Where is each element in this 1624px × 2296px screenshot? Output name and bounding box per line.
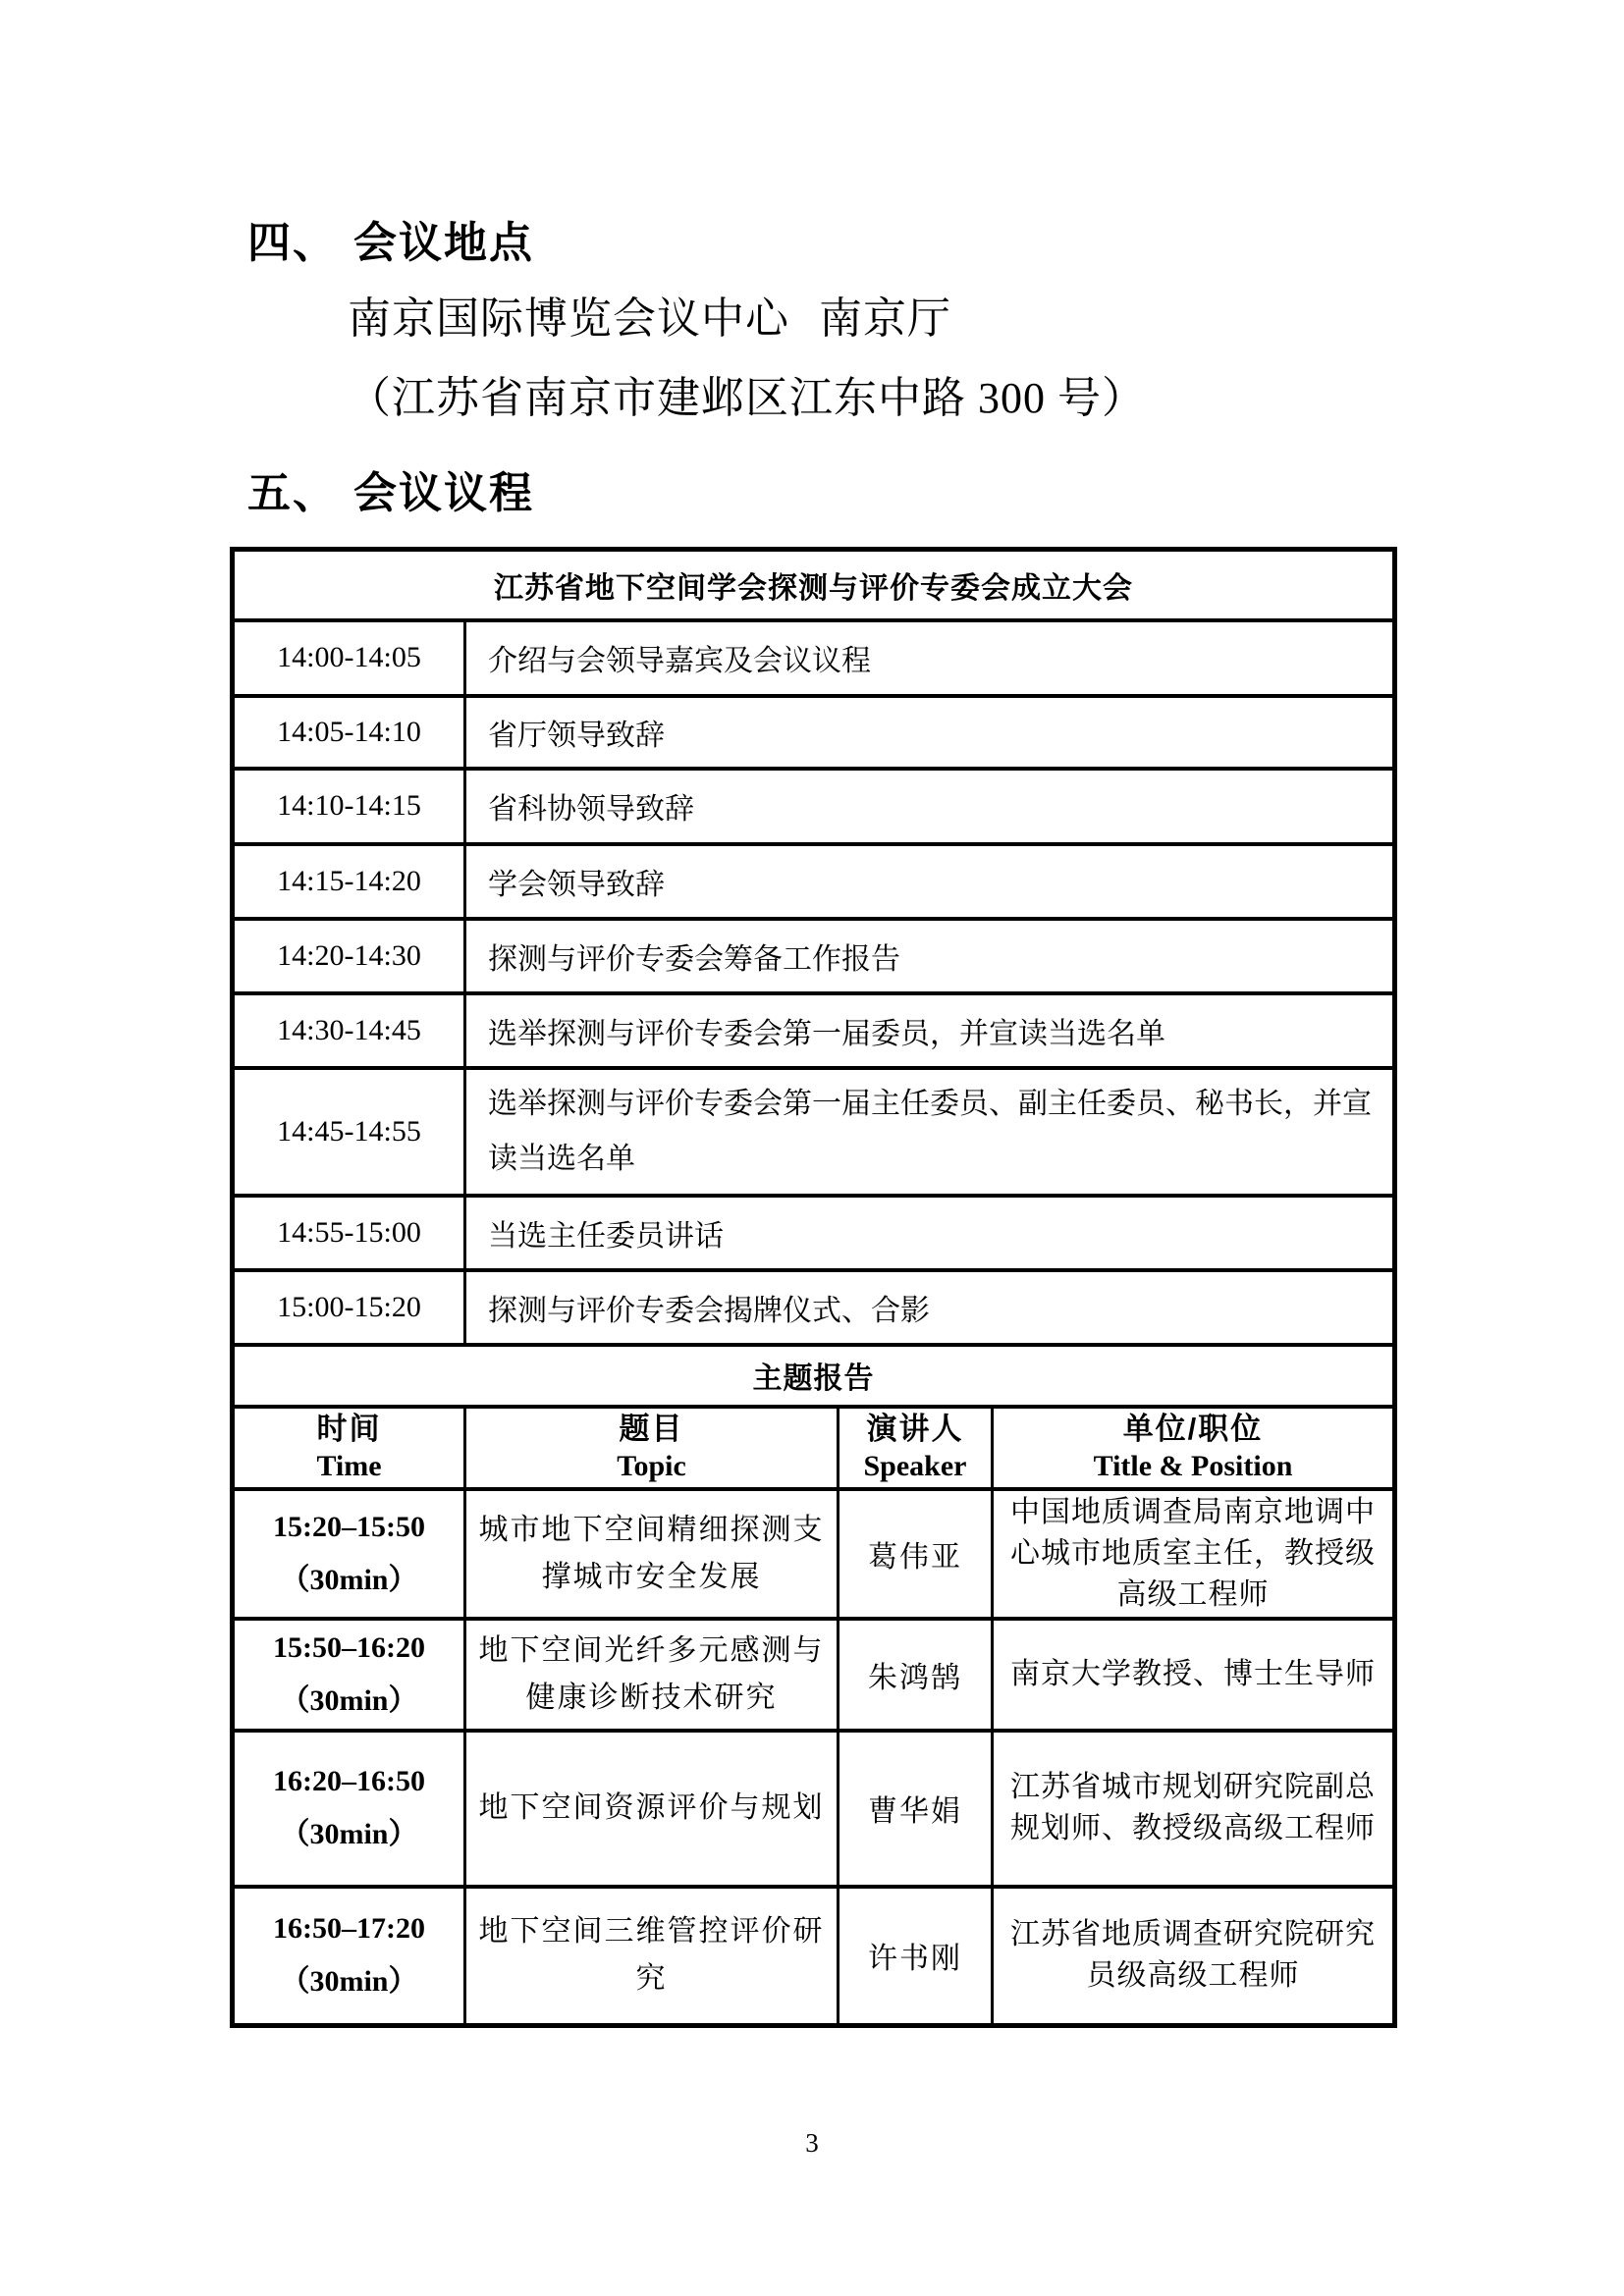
schedule-item-cell: 探测与评价专委会揭牌仪式、合影	[465, 1270, 1395, 1345]
subtitle-cell: 主题报告	[233, 1345, 1395, 1407]
talk-speaker-cell: 朱鸿鹄	[839, 1619, 993, 1731]
talk-position-cell: 中国地质调查局南京地调中心城市地质室主任，教授级高级工程师	[993, 1489, 1395, 1619]
section-agenda-number: 五、	[247, 469, 338, 517]
schedule-item-cell: 当选主任委员讲话	[465, 1196, 1395, 1270]
column-header-speaker-zh: 演讲人	[839, 1411, 991, 1448]
schedule-row: 14:00-14:05 介绍与会领导嘉宾及会议议程	[233, 620, 1395, 696]
talk-row: 16:50–17:20 （30min） 地下空间三维管控评价研究 许书刚 江苏省…	[233, 1887, 1395, 2026]
schedule-row: 14:05-14:10 省厅领导致辞	[233, 696, 1395, 769]
table-title-row: 江苏省地下空间学会探测与评价专委会成立大会	[233, 550, 1395, 620]
talk-duration: （30min）	[236, 1808, 462, 1861]
talk-position-cell: 江苏省地质调查研究院研究员级高级工程师	[993, 1887, 1395, 2026]
schedule-time-cell: 14:15-14:20	[233, 844, 465, 919]
schedule-time-cell: 14:20-14:30	[233, 919, 465, 993]
schedule-item-cell: 探测与评价专委会筹备工作报告	[465, 919, 1395, 993]
talk-row: 16:20–16:50 （30min） 地下空间资源评价与规划 曹华娟 江苏省城…	[233, 1731, 1395, 1887]
schedule-time-cell: 15:00-15:20	[233, 1270, 465, 1345]
schedule-item-cell: 省科协领导致辞	[465, 769, 1395, 844]
schedule-row: 14:55-15:00 当选主任委员讲话	[233, 1196, 1395, 1270]
talk-duration: （30min）	[236, 1955, 462, 2008]
schedule-time-cell: 14:55-15:00	[233, 1196, 465, 1270]
schedule-row: 14:10-14:15 省科协领导致辞	[233, 769, 1395, 844]
column-header-time-zh: 时间	[235, 1411, 463, 1448]
talk-topic-cell: 地下空间三维管控评价研究	[465, 1887, 839, 2026]
schedule-time-cell: 14:10-14:15	[233, 769, 465, 844]
schedule-row: 14:20-14:30 探测与评价专委会筹备工作报告	[233, 919, 1395, 993]
schedule-row: 14:45-14:55 选举探测与评价专委会第一届主任委员、副主任委员、秘书长，…	[233, 1068, 1395, 1196]
venue-line: 南京国际博览会议中心 南京厅	[348, 294, 951, 344]
table-title-cell: 江苏省地下空间学会探测与评价专委会成立大会	[233, 550, 1395, 620]
talk-time-cell: 16:50–17:20 （30min）	[233, 1887, 465, 2026]
talk-time-cell: 15:50–16:20 （30min）	[233, 1619, 465, 1731]
document-page: 四、会议地点 南京国际博览会议中心 南京厅 （江苏省南京市建邺区江东中路 300…	[0, 0, 1624, 2296]
talk-topic-cell: 地下空间资源评价与规划	[465, 1731, 839, 1887]
section-agenda-heading: 五、会议议程	[247, 470, 534, 517]
schedule-item-cell: 学会领导致辞	[465, 844, 1395, 919]
column-header-topic-zh: 题目	[466, 1411, 837, 1448]
column-header-row: 时间 Time 题目 Topic 演讲人 Speaker 单位/职位 Title…	[233, 1407, 1395, 1489]
schedule-item-cell: 选举探测与评价专委会第一届主任委员、副主任委员、秘书长，并宣读当选名单	[465, 1068, 1395, 1196]
talk-position-cell: 江苏省城市规划研究院副总规划师、教授级高级工程师	[993, 1731, 1395, 1887]
schedule-item-cell: 省厅领导致辞	[465, 696, 1395, 769]
column-header-topic: 题目 Topic	[465, 1407, 839, 1489]
schedule-time-cell: 14:45-14:55	[233, 1068, 465, 1196]
address-line: （江苏省南京市建邺区江东中路 300 号）	[348, 374, 1146, 423]
column-header-position-en: Title & Position	[994, 1448, 1392, 1485]
talk-duration: （30min）	[236, 1675, 462, 1728]
section-location-title: 会议地点	[353, 219, 534, 267]
column-header-speaker: 演讲人 Speaker	[839, 1407, 993, 1489]
talk-row: 15:20–15:50 （30min） 城市地下空间精细探测支撑城市安全发展 葛…	[233, 1489, 1395, 1619]
schedule-item-cell: 介绍与会领导嘉宾及会议议程	[465, 620, 1395, 696]
talk-topic-cell: 地下空间光纤多元感测与健康诊断技术研究	[465, 1619, 839, 1731]
talk-time: 15:20–15:50	[236, 1501, 462, 1554]
section-agenda-title: 会议议程	[353, 469, 534, 517]
talk-time: 15:50–16:20	[236, 1622, 462, 1675]
talk-duration: （30min）	[236, 1554, 462, 1607]
section-location-heading: 四、会议地点	[247, 220, 534, 267]
talk-time-cell: 15:20–15:50 （30min）	[233, 1489, 465, 1619]
schedule-row: 14:30-14:45 选举探测与评价专委会第一届委员，并宣读当选名单	[233, 993, 1395, 1068]
schedule-time-cell: 14:30-14:45	[233, 993, 465, 1068]
column-header-speaker-en: Speaker	[839, 1448, 991, 1485]
page-number: 3	[0, 2128, 1624, 2159]
column-header-time-en: Time	[235, 1448, 463, 1485]
talk-time: 16:20–16:50	[236, 1755, 462, 1808]
section-location-number: 四、	[247, 219, 338, 267]
subtitle-row: 主题报告	[233, 1345, 1395, 1407]
talk-topic-cell: 城市地下空间精细探测支撑城市安全发展	[465, 1489, 839, 1619]
schedule-row: 14:15-14:20 学会领导致辞	[233, 844, 1395, 919]
talk-speaker-cell: 许书刚	[839, 1887, 993, 2026]
talk-time: 16:50–17:20	[236, 1902, 462, 1955]
talk-speaker-cell: 葛伟亚	[839, 1489, 993, 1619]
column-header-position: 单位/职位 Title & Position	[993, 1407, 1395, 1489]
talk-time-cell: 16:20–16:50 （30min）	[233, 1731, 465, 1887]
talk-speaker-cell: 曹华娟	[839, 1731, 993, 1887]
talk-position-cell: 南京大学教授、博士生导师	[993, 1619, 1395, 1731]
schedule-time-cell: 14:00-14:05	[233, 620, 465, 696]
schedule-row: 15:00-15:20 探测与评价专委会揭牌仪式、合影	[233, 1270, 1395, 1345]
column-header-position-zh: 单位/职位	[994, 1411, 1392, 1448]
agenda-table: 江苏省地下空间学会探测与评价专委会成立大会 14:00-14:05 介绍与会领导…	[230, 547, 1397, 2028]
talk-row: 15:50–16:20 （30min） 地下空间光纤多元感测与健康诊断技术研究 …	[233, 1619, 1395, 1731]
schedule-item-cell: 选举探测与评价专委会第一届委员，并宣读当选名单	[465, 993, 1395, 1068]
column-header-topic-en: Topic	[466, 1448, 837, 1485]
schedule-time-cell: 14:05-14:10	[233, 696, 465, 769]
column-header-time: 时间 Time	[233, 1407, 465, 1489]
